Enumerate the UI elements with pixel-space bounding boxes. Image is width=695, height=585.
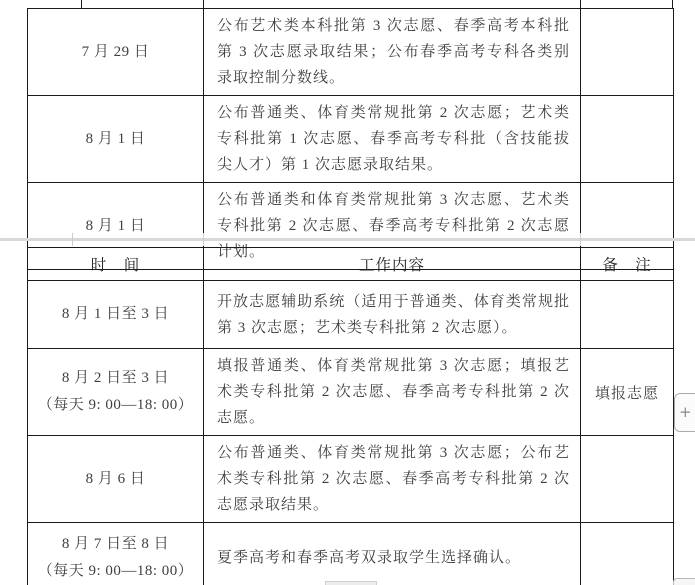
col-header-time: 时 间 [28, 248, 204, 281]
table-row: 8 月 6 日 公布普通类、体育类常规批第 3 次志愿；公布艺术类专科批第 2 … [28, 436, 674, 523]
date-text: 8 月 1 日 [29, 213, 202, 240]
table-border-fragment [580, 0, 581, 8]
date-cell: 8 月 1 日 [28, 96, 204, 183]
content-cell: 公布艺术类本科批第 3 次志愿、春季高考本科批第 3 次志愿录取结果；公布春季高… [204, 9, 581, 96]
table-row: 8 月 2 日至 3 日 （每天 9: 00—18: 00） 填报普通类、体育类… [28, 349, 674, 436]
note-cell [581, 96, 674, 183]
expand-button[interactable]: + [674, 393, 695, 432]
col-header-note: 备 注 [581, 248, 674, 281]
schedule-table-lower: 时 间 工作内容 备 注 8 月 1 日至 3 日 开放志愿辅助系统（适用于普通… [27, 247, 674, 585]
date-text: 8 月 1 日 [29, 126, 202, 153]
table-row: 8 月 7 日至 8 日 （每天 9: 00—18: 00） 夏季高考和春季高考… [28, 523, 674, 585]
note-cell [581, 281, 674, 349]
date-text: 7 月 29 日 [29, 39, 202, 66]
plus-icon: + [679, 405, 692, 420]
table-border-fragment [203, 0, 204, 8]
page-break-tick [203, 233, 204, 246]
document-page: { "page": { "background": "#ffffff", "ta… [0, 0, 695, 585]
table-row: 8 月 1 日至 3 日 开放志愿辅助系统（适用于普通类、体育类常规批第 3 次… [28, 281, 674, 349]
schedule-table-upper: 7 月 29 日 公布艺术类本科批第 3 次志愿、春季高考本科批第 3 次志愿录… [27, 8, 674, 270]
partial-button[interactable] [673, 578, 695, 585]
content-cell: 夏季高考和春季高考双录取学生选择确认。 [204, 523, 581, 585]
date-cell: 8 月 2 日至 3 日 （每天 9: 00—18: 00） [28, 349, 204, 436]
date-text: 8 月 7 日至 8 日 [29, 531, 202, 558]
date-cell: 8 月 7 日至 8 日 （每天 9: 00—18: 00） [28, 523, 204, 585]
content-cell: 公布普通类、体育类常规批第 2 次志愿；艺术类专科批第 1 次志愿、春季高考专科… [204, 96, 581, 183]
content-cell: 开放志愿辅助系统（适用于普通类、体育类常规批第 3 次志愿；艺术类专科批第 2 … [204, 281, 581, 349]
date-text: 8 月 2 日至 3 日 [29, 365, 202, 392]
note-cell [581, 9, 674, 96]
table-row: 7 月 29 日 公布艺术类本科批第 3 次志愿、春季高考本科批第 3 次志愿录… [28, 9, 674, 96]
content-cell: 公布普通类、体育类常规批第 3 次志愿；公布艺术类专科批第 2 次志愿、春季高考… [204, 436, 581, 523]
date-time-range: （每天 9: 00—18: 00） [29, 558, 202, 585]
table-header-row: 时 间 工作内容 备 注 [28, 248, 674, 281]
date-cell: 7 月 29 日 [28, 9, 204, 96]
content-cell: 填报普通类、体育类常规批第 3 次志愿；填报艺术类专科批第 2 次志愿、春季高考… [204, 349, 581, 436]
date-cell: 8 月 1 日至 3 日 [28, 281, 204, 349]
page-break-tick [580, 233, 581, 246]
col-header-content: 工作内容 [204, 248, 581, 281]
date-text: 8 月 6 日 [29, 466, 202, 493]
note-cell: 填报志愿 [581, 349, 674, 436]
date-cell: 8 月 6 日 [28, 436, 204, 523]
date-text: 8 月 1 日至 3 日 [29, 301, 202, 328]
partial-scroll-indicator [325, 581, 377, 585]
table-border-fragment [672, 0, 673, 8]
note-cell [581, 523, 674, 585]
page-break-tick [72, 233, 73, 246]
table-border-fragment [81, 0, 82, 8]
date-time-range: （每天 9: 00—18: 00） [29, 392, 202, 419]
note-cell [581, 436, 674, 523]
page-break-divider [0, 238, 695, 241]
table-row: 8 月 1 日 公布普通类、体育类常规批第 2 次志愿；艺术类专科批第 1 次志… [28, 96, 674, 183]
